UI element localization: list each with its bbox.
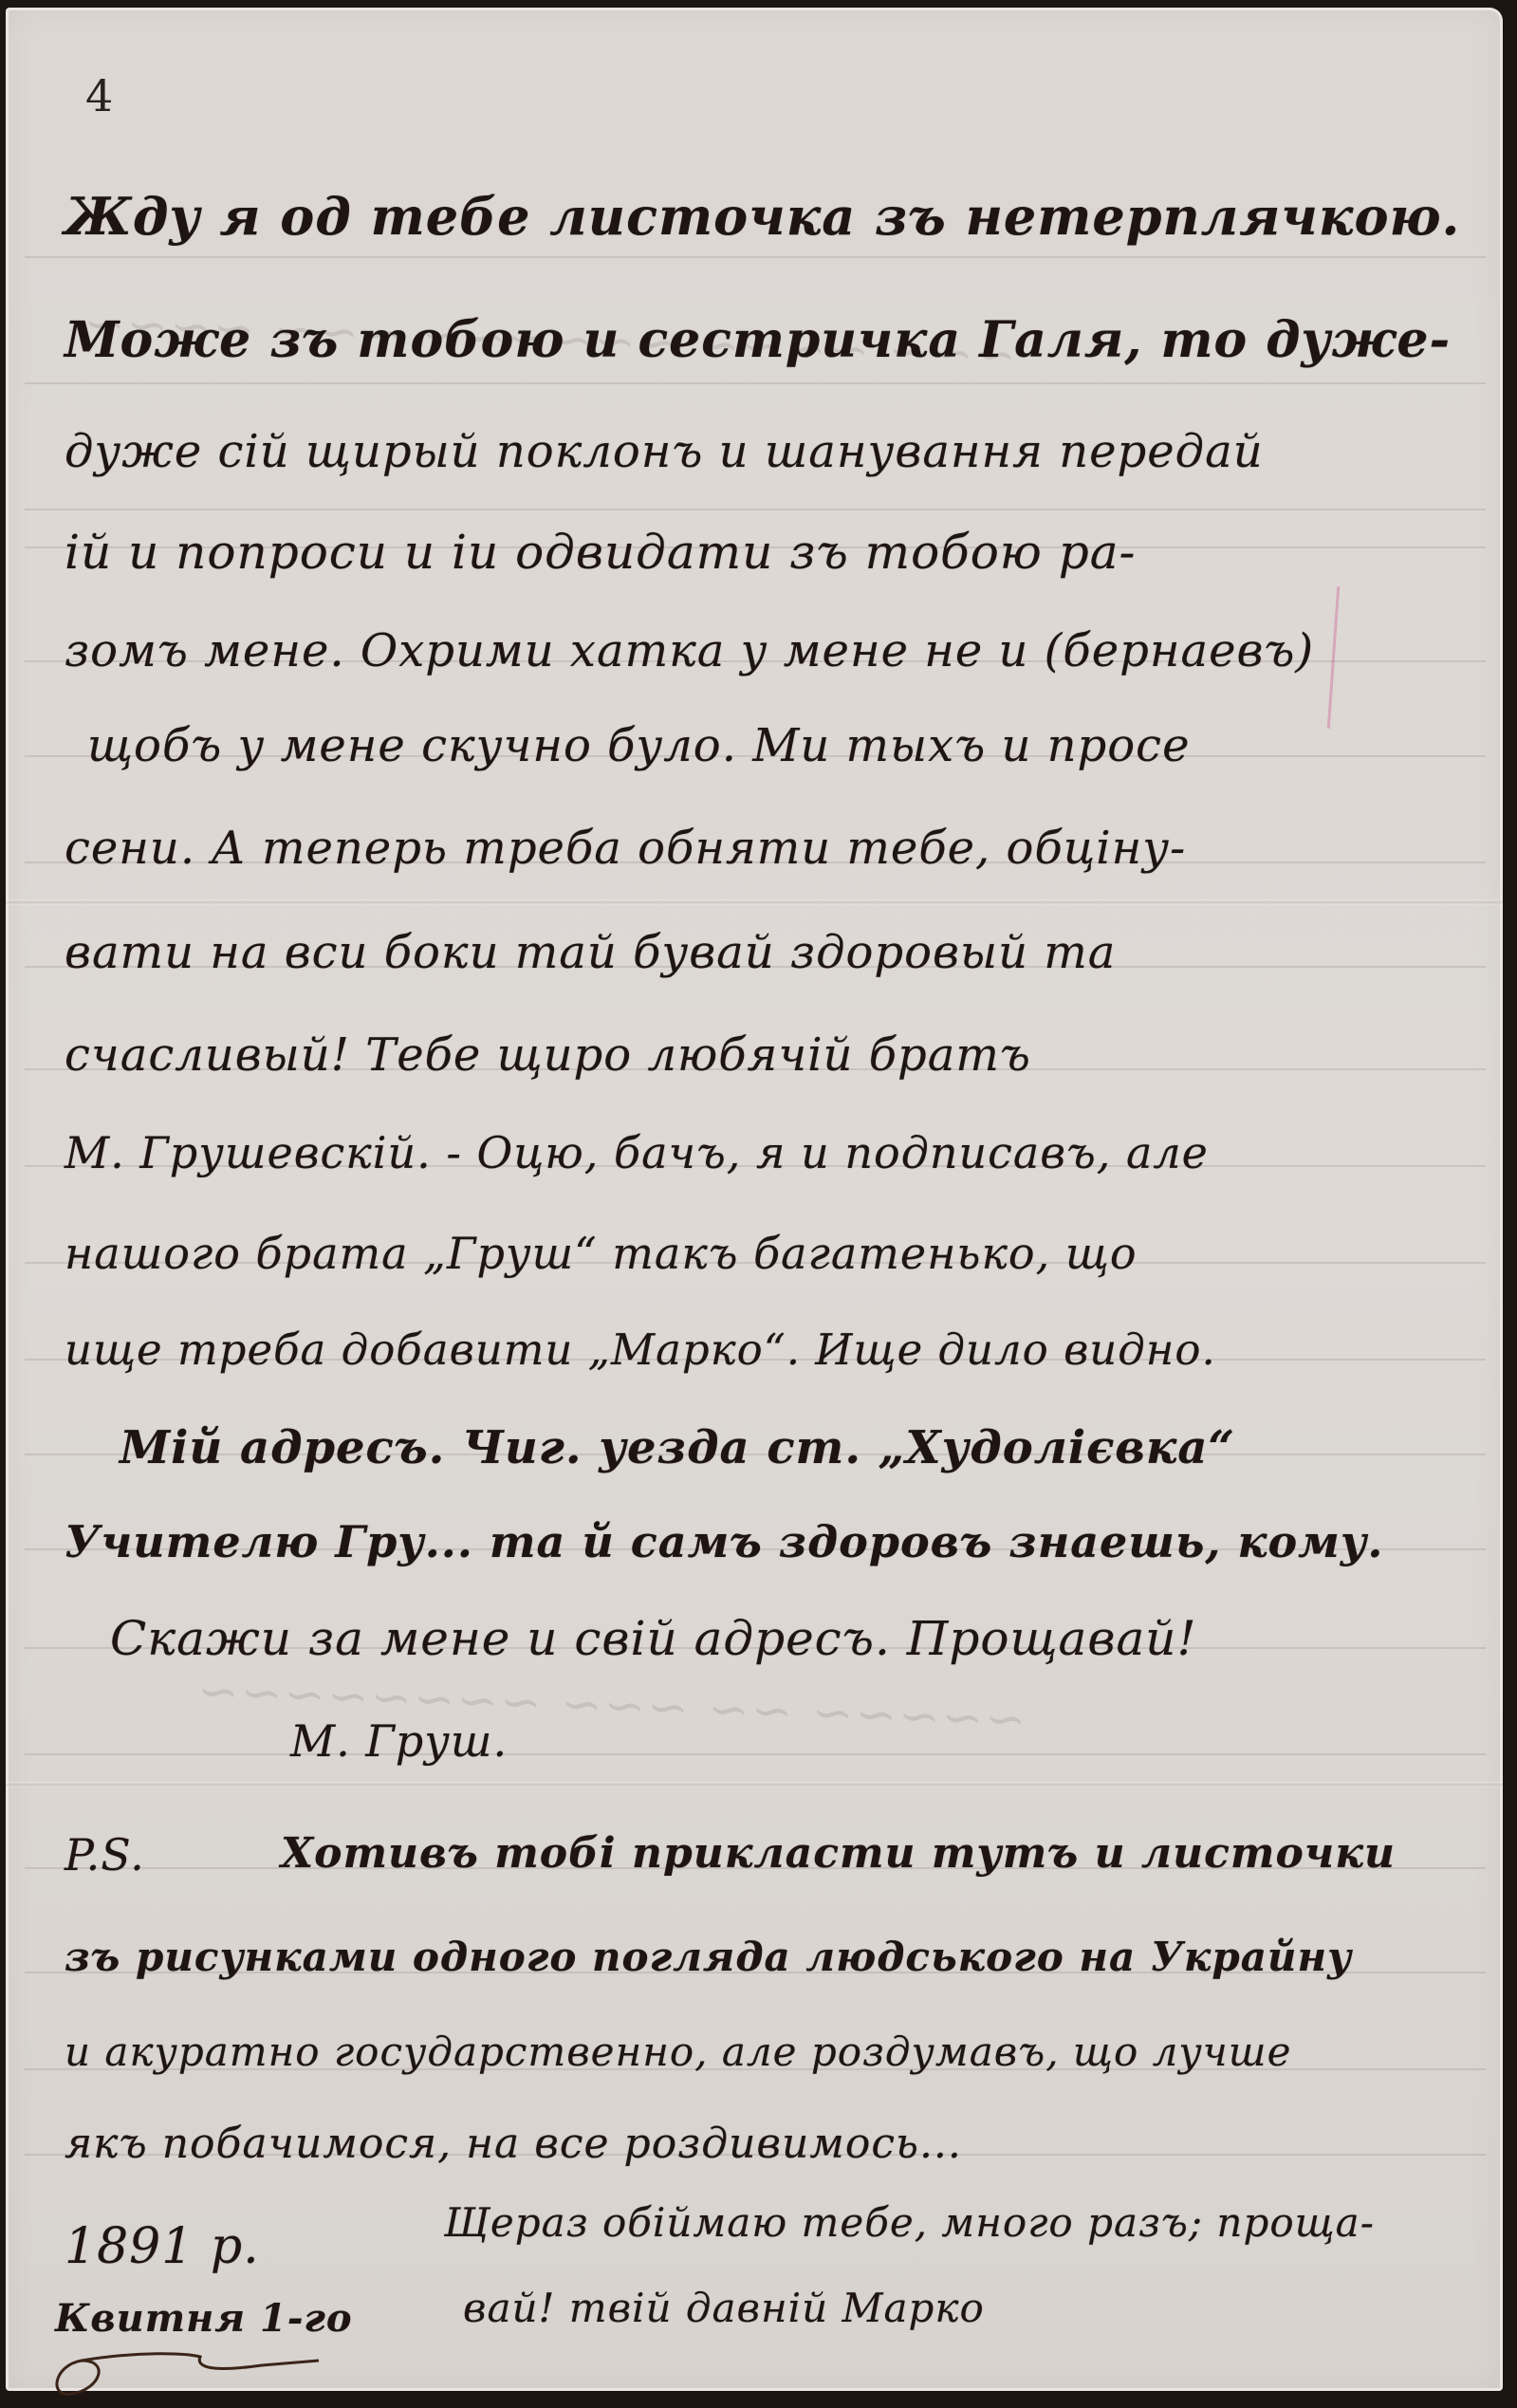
letter-line-12: ище треба добавити „Марко“. Ище дило вид… [65, 1324, 1216, 1375]
paper-fold [6, 1782, 1503, 1787]
closing-line-2: вай! твій давній Марко [463, 2285, 985, 2331]
postscript-label: P.S. [65, 1829, 145, 1880]
letter-page: ~~~ ~~~~ ~~~~~~ ~~~ ~~~~ ~~~~~ ~~ ~~~ ~~… [6, 8, 1503, 2391]
letter-line-7: сени. А теперь треба обняти тебе, обціну… [65, 822, 1186, 875]
postscript-line-3: и акуратно государственно, але роздумавъ… [65, 2028, 1291, 2075]
flourish-icon [44, 2323, 328, 2408]
signature: М. Груш. [290, 1715, 508, 1767]
letter-line-5: зомъ мене. Охрими хатка у мене не и (бер… [65, 624, 1314, 677]
scan-background: ~~~ ~~~~ ~~~~~~ ~~~ ~~~~ ~~~~~ ~~ ~~~ ~~… [0, 0, 1517, 2408]
letter-line-15: Скажи за мене и свій адресъ. Прощавай! [110, 1611, 1197, 1666]
letter-line-8: вати на вси боки тай бувай здоровый та [65, 926, 1116, 979]
letter-line-10: М. Грушевскій. - Оцю, бачъ, я и подписав… [65, 1127, 1209, 1178]
postscript-line-2: зъ рисунками одного погляда людського на… [65, 1934, 1352, 1980]
letter-line-2: Може зъ тобою и сестричка Галя, то дуже- [65, 311, 1451, 369]
letter-line-13: Мій адресъ. Чиг. уезда ст. „Худолієвка“ [120, 1421, 1235, 1474]
letter-line-14: Учителю Гру... та й самъ здоровъ знаешь,… [65, 1516, 1383, 1567]
letter-line-3: дуже сій щирый поклонъ и шанування перед… [65, 425, 1264, 478]
letter-line-1: Жду я од тебе листочка зъ нетерплячкою. [65, 186, 1460, 247]
ruled-line [25, 382, 1486, 384]
letter-line-11: нашого брата „Груш“ такъ багатенько, що [65, 1228, 1138, 1279]
ruled-line [25, 509, 1486, 510]
closing-line-1: Щераз обіймаю тебе, много разъ; проща- [444, 2199, 1375, 2246]
letter-line-6: щобъ у мене скучно було. Ми тыхъ и просе [87, 719, 1190, 772]
ruled-line [25, 256, 1486, 258]
postscript-line-1: Хотивъ тобі прикласти тутъ и листочки [281, 1829, 1396, 1878]
page-number: 4 [85, 70, 113, 121]
postscript-line-4: якъ побачимося, на все роздивимось... [65, 2120, 962, 2168]
letter-line-9: счасливый! Тебе щиро любячій братъ [65, 1028, 1031, 1082]
letter-line-4: ій и попроси и іи одвидати зъ тобою ра- [65, 525, 1136, 580]
date-year: 1891 р. [65, 2218, 260, 2275]
ruled-line [25, 1753, 1486, 1755]
paper-fold [6, 899, 1503, 905]
pink-pencil-mark [1327, 586, 1340, 729]
